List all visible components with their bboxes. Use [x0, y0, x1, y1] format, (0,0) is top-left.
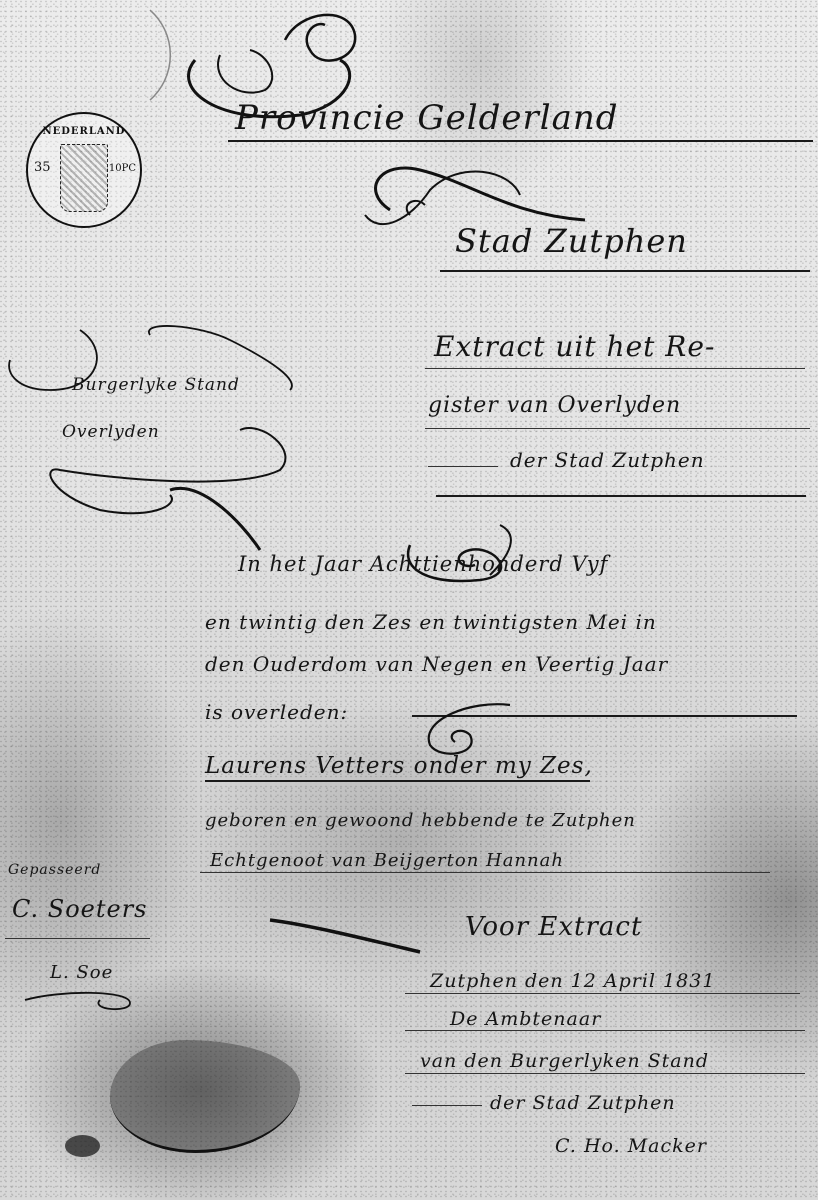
- closing-line-2-underline: [405, 993, 800, 994]
- closing-line-4-underline: [405, 1073, 805, 1074]
- left-signature-paraph-icon: [20, 985, 140, 1015]
- body-line-3: den Ouderdom van Negen en Veertig Jaar: [205, 652, 668, 676]
- margin-note-line-2: Overlyden: [62, 422, 160, 442]
- province-underline: [228, 140, 813, 142]
- coat-of-arms-icon: [60, 144, 108, 212]
- extract-title-line-1: Extract uit het Re-: [434, 330, 715, 363]
- extract-title-underline-1: [425, 368, 805, 369]
- extract-title-line-3: der Stad Zutphen: [510, 448, 705, 472]
- closing-swash-icon: [270, 900, 430, 960]
- closing-line-5: der Stad Zutphen: [490, 1092, 676, 1114]
- extract-title-underline-3: [436, 495, 806, 497]
- scanned-document-page: NEDERLAND 35 10PC Provincie Gelderland S…: [0, 0, 818, 1200]
- body-line-7-underline: [200, 872, 770, 873]
- deceased-name: Laurens Vetters onder my Zes,: [205, 753, 593, 779]
- stamp-country: NEDERLAND: [28, 126, 140, 137]
- body-line-7: Echtgenoot van Beijgerton Hannah: [210, 850, 564, 871]
- left-signature-label: Gepasseerd: [8, 862, 101, 878]
- closing-line-3-underline: [405, 1030, 805, 1031]
- province-heading: Provincie Gelderland: [235, 98, 619, 138]
- deceased-name-underline: [205, 780, 590, 782]
- closing-line-4: van den Burgerlyken Stand: [420, 1050, 709, 1072]
- extract-title-line-2: gister van Overlyden: [428, 393, 681, 418]
- body-line-4: is overleden:: [205, 700, 348, 724]
- margin-note-line-1: Burgerlyke Stand: [72, 375, 240, 395]
- faint-stamp-outline-icon: [40, 0, 170, 110]
- body-line-6: geboren en gewoond hebbende te Zutphen: [205, 810, 636, 831]
- body-line-1: In het Jaar Achttienhonderd Vyf: [238, 552, 608, 576]
- ink-blot: [65, 1135, 100, 1157]
- left-signature-initials: L. Soe: [50, 962, 113, 983]
- body-line-2: en twintig den Zes en twintigsten Mei in: [205, 610, 657, 634]
- water-stain: [110, 1040, 300, 1153]
- closing-line-5-prefix: [412, 1105, 482, 1106]
- city-heading: Stad Zutphen: [455, 222, 688, 260]
- left-signature-name: C. Soeters: [12, 895, 148, 923]
- revenue-stamp: NEDERLAND 35 10PC: [26, 112, 142, 228]
- stamp-value-right: 10PC: [109, 163, 136, 174]
- left-signature-underline: [5, 938, 150, 939]
- closing-line-3: De Ambtenaar: [450, 1008, 601, 1030]
- stamp-value-left: 35: [34, 160, 51, 175]
- extract-title-prefix-dash: [428, 466, 498, 467]
- closing-line-2: Zutphen den 12 April 1831: [430, 970, 715, 992]
- city-underline: [440, 270, 810, 272]
- extract-title-underline-2: [425, 428, 810, 429]
- closing-line-1: Voor Extract: [465, 912, 642, 942]
- official-signature: C. Ho. Macker: [555, 1135, 707, 1157]
